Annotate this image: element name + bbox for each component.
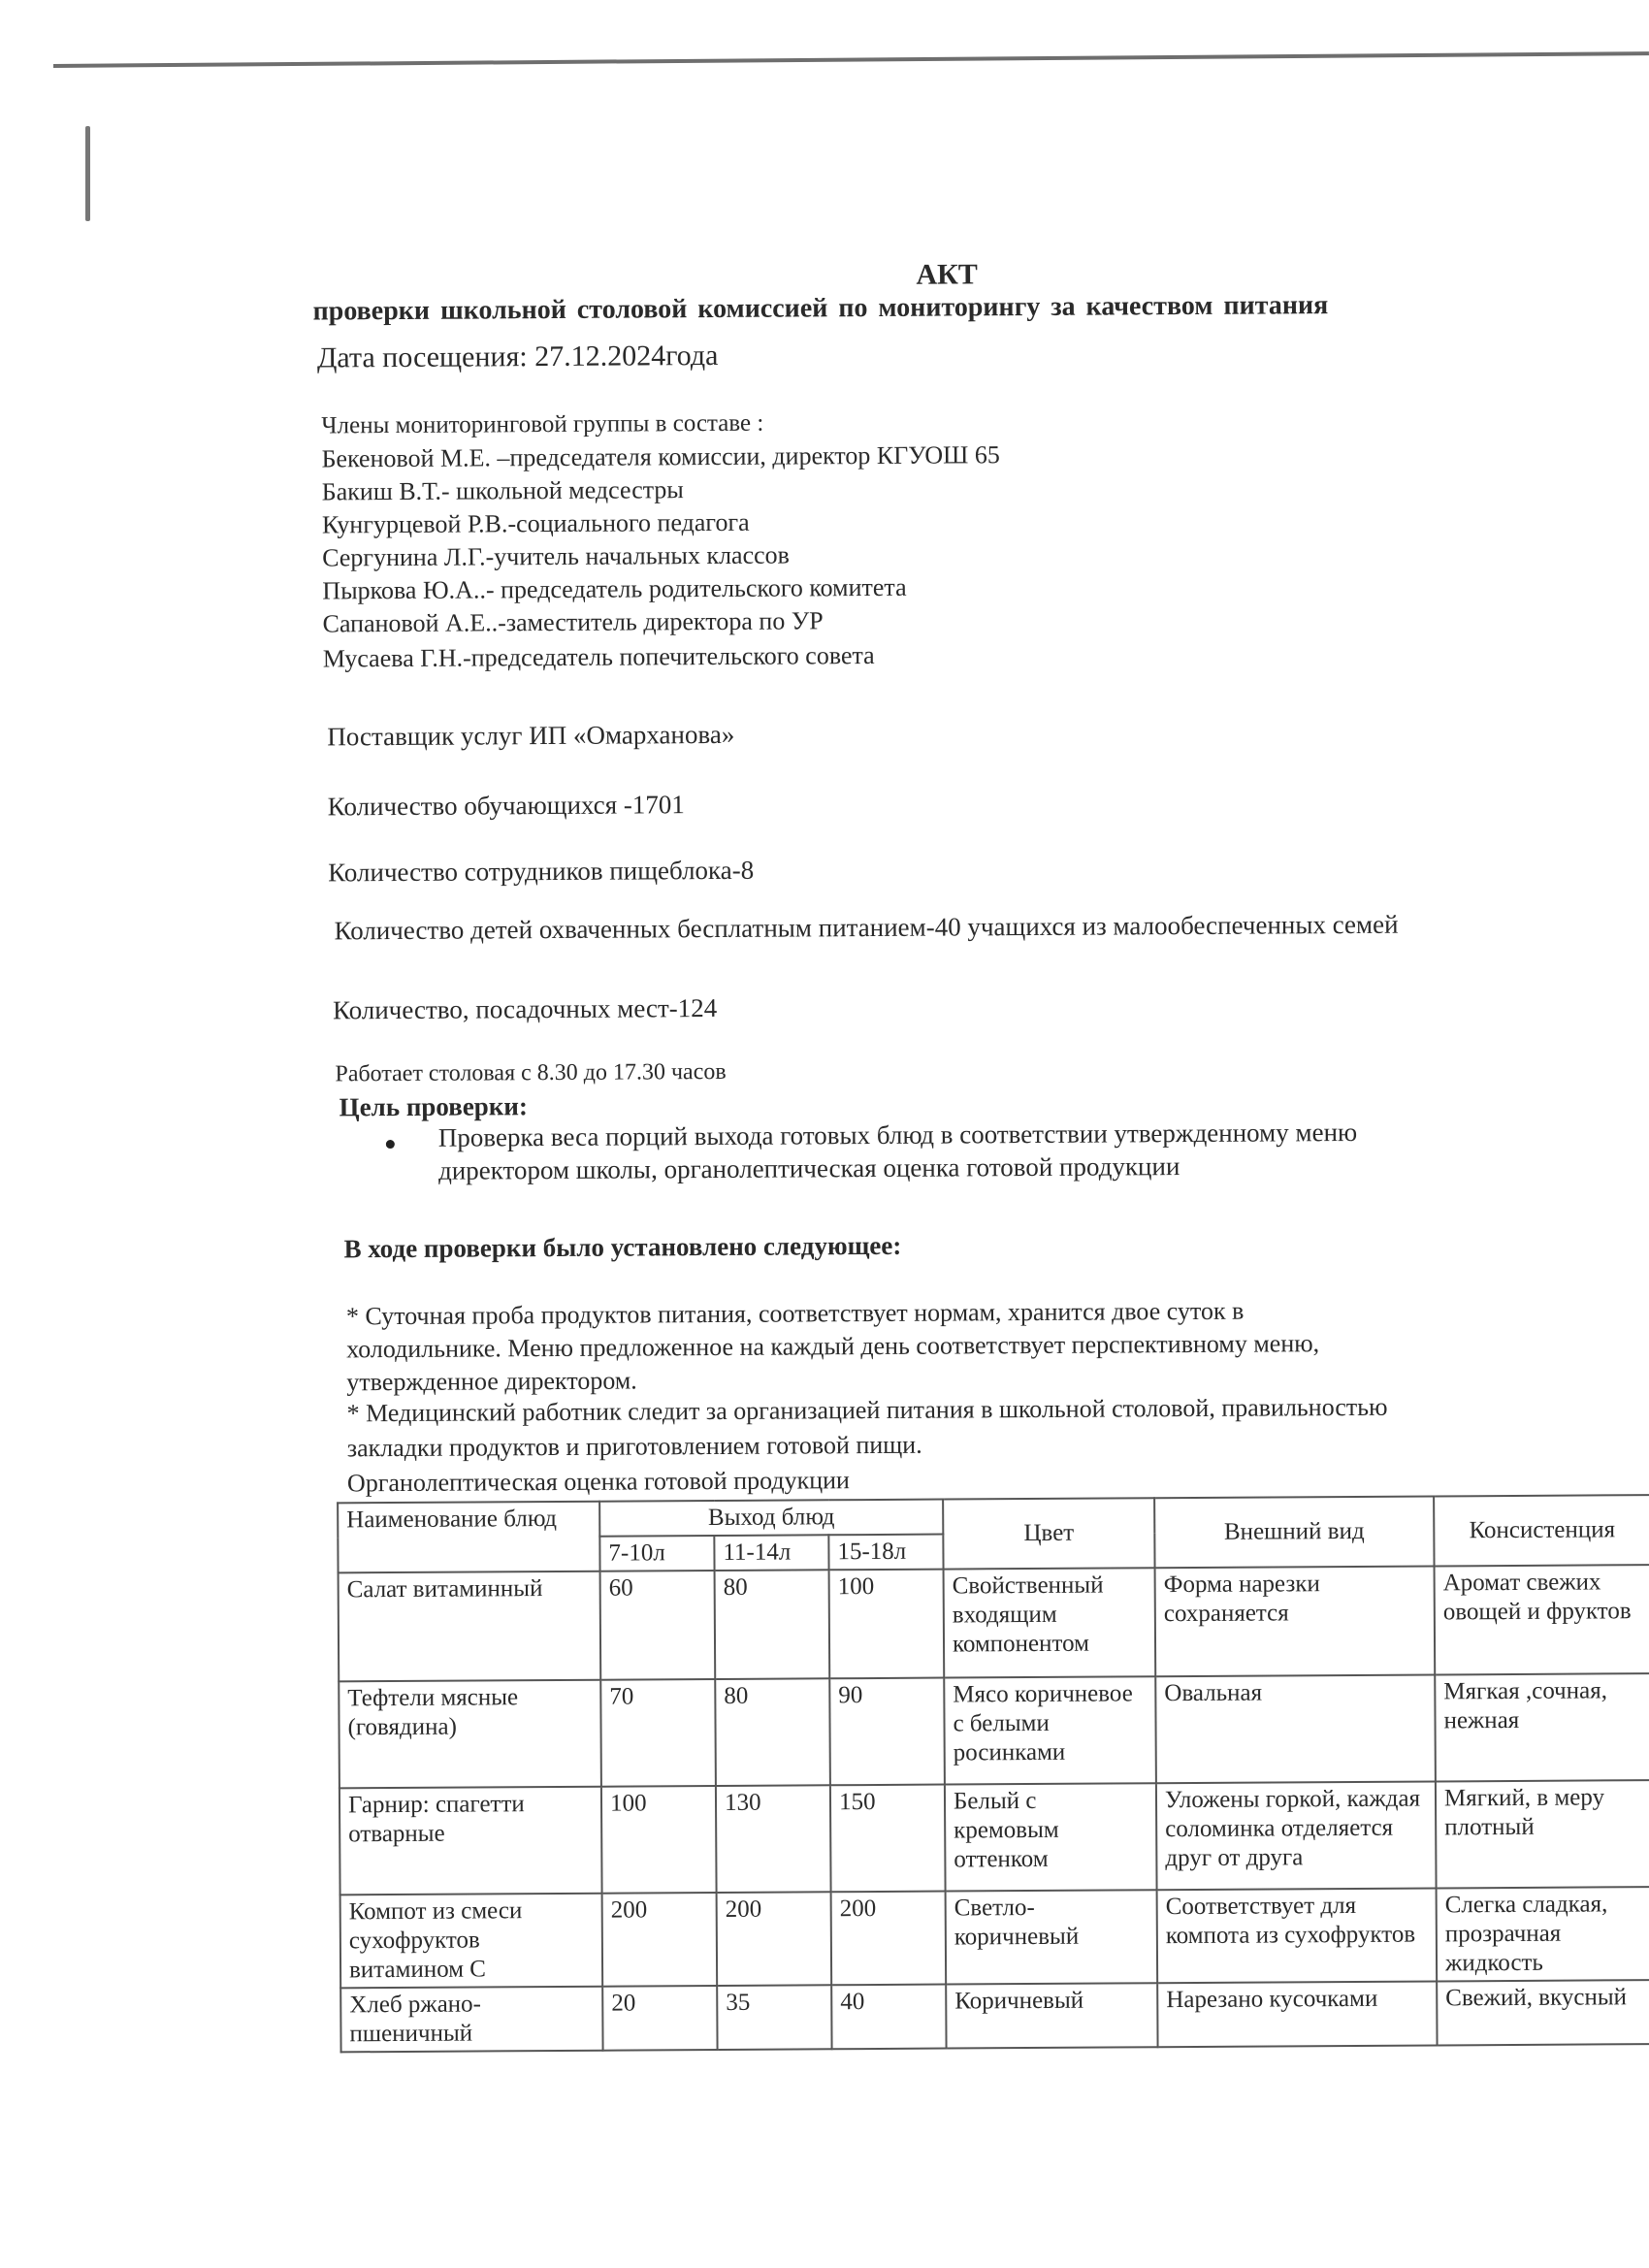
yield-7-10: 100 — [601, 1786, 717, 1894]
free-meals-count: Количество детей охваченных бесплатным п… — [334, 909, 1398, 947]
dish-name: Компот из смеси сухофруктов витамином С — [340, 1894, 603, 1989]
table-caption: Органолептическая оценка готовой продукц… — [347, 1465, 850, 1499]
finding-line: * Суточная проба продуктов питания, соот… — [346, 1296, 1245, 1333]
dish-name: Тефтели мясные (говядина) — [339, 1680, 601, 1789]
dish-color: Белый с кремовым оттенком — [945, 1783, 1157, 1891]
yield-7-10: 20 — [602, 1986, 717, 2051]
dish-consistency: Аромат свежих овощей и фруктов — [1435, 1565, 1649, 1674]
document-title: АКТ — [916, 259, 978, 290]
header-color: Цвет — [943, 1498, 1154, 1569]
supplier: Поставщик услуг ИП «Омарханова» — [327, 719, 734, 753]
dish-consistency: Слегка сладкая, прозрачная жидкость — [1437, 1887, 1649, 1981]
working-hours: Работает столовая с 8.30 до 17.30 часов — [335, 1056, 726, 1089]
dish-consistency: Свежий, вкусный — [1437, 1980, 1649, 2045]
yield-11-14: 80 — [715, 1570, 830, 1679]
member-item: Бакиш В.Т.- школьной медсестры — [322, 474, 684, 507]
dish-color: Светло-коричневый — [946, 1890, 1158, 1984]
dish-appearance: Форма нарезки сохраняется — [1155, 1566, 1436, 1676]
header-appearance: Внешний вид — [1154, 1496, 1434, 1568]
document-subtitle: проверки школьной столовой комиссией по … — [313, 290, 1329, 327]
dish-name: Хлеб ржано-пшеничный — [340, 1987, 602, 2053]
header-yield: Выход блюд — [599, 1500, 943, 1537]
dish-name: Гарнир: спагетти отварные — [339, 1787, 602, 1895]
yield-11-14: 130 — [716, 1785, 831, 1893]
yield-11-14: 200 — [717, 1892, 832, 1986]
yield-15-18: 200 — [831, 1892, 947, 1986]
dish-color: Мясо коричневое с белыми росинками — [944, 1676, 1156, 1784]
visit-date: Дата посещения: 27.12.2024года — [317, 340, 719, 374]
dish-appearance: Нарезано кусочками — [1157, 1981, 1437, 2047]
table-row: Хлеб ржано-пшеничный 20 35 40 Коричневый… — [340, 1980, 1649, 2052]
table-row: Компот из смеси сухофруктов витамином С … — [340, 1887, 1649, 1988]
member-item: Бекеновой М.Е. –председателя комиссии, д… — [321, 439, 1000, 474]
table-row: Салат витаминный 60 80 100 Свойственный … — [339, 1565, 1649, 1681]
yield-11-14: 80 — [715, 1678, 830, 1786]
header-consistency: Консистенция — [1434, 1495, 1649, 1566]
member-item: Мусаева Г.Н.-председатель попечительског… — [323, 640, 875, 674]
member-item: Сергунина Л.Г.-учитель начальных классов — [322, 540, 790, 574]
yield-15-18: 90 — [829, 1678, 945, 1786]
yield-7-10: 60 — [600, 1571, 716, 1680]
dish-consistency: Мягкая ,сочная, нежная — [1435, 1673, 1649, 1781]
finding-line: холодильнике. Меню предложенное на кажды… — [346, 1328, 1319, 1365]
findings-heading: В ходе проверки было установлено следующ… — [343, 1230, 901, 1265]
finding-line: утвержденное директором. — [346, 1365, 637, 1398]
yield-11-14: 35 — [717, 1985, 831, 2050]
member-item: Пыркова Ю.А..- председатель родительског… — [322, 572, 906, 607]
header-age-15-18: 15-18л — [828, 1535, 943, 1571]
yield-7-10: 200 — [602, 1893, 718, 1987]
members-label: Члены мониторинговой группы в составе : — [321, 408, 763, 442]
table-row: Гарнир: спагетти отварные 100 130 150 Бе… — [339, 1780, 1649, 1895]
dish-appearance: Соответствует для компота из сухофруктов — [1157, 1888, 1438, 1983]
goal-heading: Цель проверки: — [339, 1090, 528, 1122]
yield-7-10: 70 — [600, 1679, 716, 1787]
organoleptic-table: Наименование блюд Выход блюд Цвет Внешни… — [337, 1494, 1649, 2053]
dish-color: Коричневый — [946, 1983, 1157, 2048]
finding-line: закладки продуктов и приготовлением гото… — [347, 1430, 922, 1465]
header-age-7-10: 7-10л — [599, 1536, 714, 1571]
member-item: Сапановой А.Е..-заместитель директора по… — [322, 605, 823, 639]
header-age-11-14: 11-14л — [714, 1535, 828, 1571]
goal-text-line1: Проверка веса порций выхода готовых блюд… — [438, 1117, 1358, 1153]
finding-line: * Медицинский работник следит за организ… — [346, 1392, 1387, 1430]
dish-appearance: Овальная — [1155, 1674, 1436, 1783]
yield-15-18: 40 — [831, 1985, 946, 2050]
dish-color: Свойственный входящим компонентом — [944, 1568, 1156, 1677]
seats-count: Количество, посадочных мест-124 — [333, 992, 717, 1025]
staff-count: Количество сотрудников пищеблока-8 — [328, 855, 754, 889]
header-name: Наименование блюд — [338, 1502, 599, 1573]
dish-name: Салат витаминный — [339, 1571, 601, 1682]
yield-15-18: 150 — [830, 1785, 946, 1893]
dish-consistency: Мягкий, в меру плотный — [1436, 1780, 1649, 1888]
bullet-icon — [386, 1140, 395, 1149]
document-page: АКТ проверки школьной столовой комиссией… — [0, 0, 1649, 2268]
table-row: Тефтели мясные (говядина) 70 80 90 Мясо … — [339, 1673, 1649, 1788]
goal-text-line2: директором школы, органолептическая оцен… — [438, 1150, 1180, 1186]
dish-appearance: Уложены горкой, каждая соломинка отделяе… — [1156, 1781, 1437, 1890]
member-item: Кунгурцевой Р.В.-социального педагога — [322, 507, 750, 541]
students-count: Количество обучающихся -1701 — [328, 789, 685, 822]
yield-15-18: 100 — [829, 1570, 945, 1679]
